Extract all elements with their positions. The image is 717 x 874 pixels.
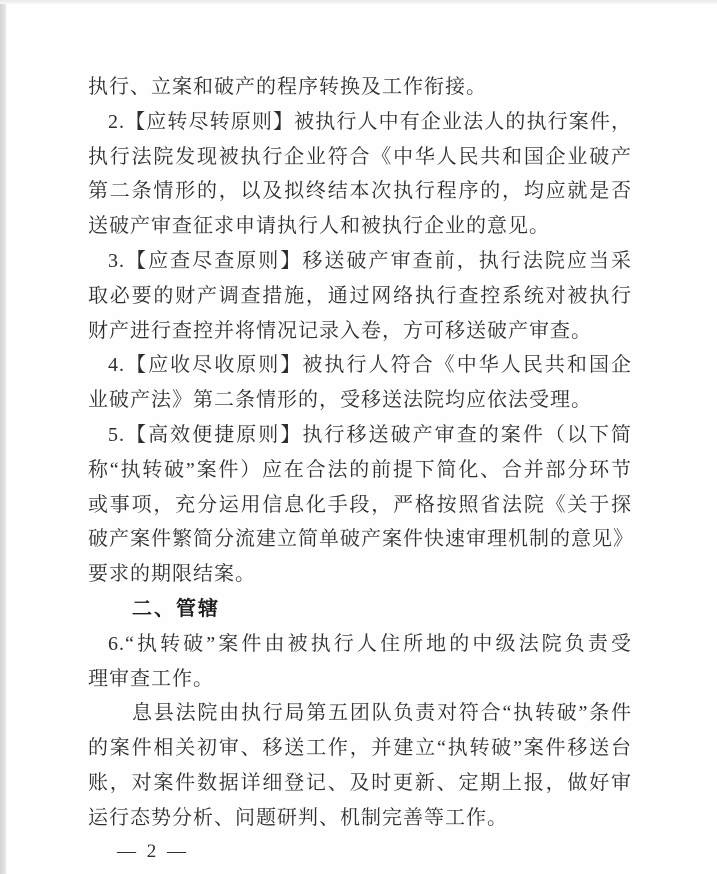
text-line: 财产进行查控并将情况记录入卷，方可移送破产审查。 [88, 314, 632, 349]
scanned-document-page: 执行、立案和破产的程序转换及工作衔接。2.【应转尽转原则】被执行人中有企业法人的… [0, 0, 717, 874]
text-line: 运行态势分析、问题研判、机制完善等工作。 [88, 801, 632, 836]
text-line: 6.“执转破”案件由被执行人住所地的中级法院负责受 [88, 627, 632, 662]
text-line: 3.【应查尽查原则】移送破产审查前，执行法院应当采 [88, 244, 632, 279]
text-line: 执行法院发现被执行企业符合《中华人民共和国企业破产法》 [88, 140, 632, 175]
text-line: 称“执转破”案件）应在合法的前提下简化、合并部分环节 [88, 453, 632, 488]
text-line: 5.【高效便捷原则】执行移送破产审查的案件（以下简 [88, 418, 632, 453]
scan-edge-left [0, 0, 6, 874]
text-line: 4.【应收尽收原则】被执行人符合《中华人民共和国企 [88, 348, 632, 383]
text-line: 要求的期限结案。 [88, 557, 632, 592]
text-line: 理审查工作。 [88, 662, 632, 697]
text-line: 2.【应转尽转原则】被执行人中有企业法人的执行案件， [88, 105, 632, 140]
document-body: 执行、立案和破产的程序转换及工作衔接。2.【应转尽转原则】被执行人中有企业法人的… [88, 70, 632, 836]
text-line: 或事项，充分运用信息化手段，严格按照省法院《关于探索 [88, 488, 632, 523]
section-heading: 二、管辖 [88, 592, 632, 627]
text-line: 执行、立案和破产的程序转换及工作衔接。 [88, 70, 632, 105]
scan-edge-top [0, 0, 717, 4]
text-line: 业破产法》第二条情形的，受移送法院均应依法受理。 [88, 383, 632, 418]
text-line: 第二条情形的，以及拟终结本次执行程序的，均应就是否移 [88, 174, 632, 209]
text-line: 破产案件繁简分流建立简单破产案件快速审理机制的意见》 [88, 522, 632, 557]
page-number: — 2 — [117, 841, 189, 863]
text-line: 的案件相关初审、移送工作，并建立“执转破”案件移送台 [88, 731, 632, 766]
text-line: 息县法院由执行局第五团队负责对符合“执转破”条件 [88, 696, 632, 731]
text-line: 送破产审查征求申请执行人和被执行企业的意见。 [88, 209, 632, 244]
text-line: 取必要的财产调查措施，通过网络执行查控系统对被执行人 [88, 279, 632, 314]
text-line: 账，对案件数据详细登记、及时更新、定期上报，做好审判 [88, 766, 632, 801]
